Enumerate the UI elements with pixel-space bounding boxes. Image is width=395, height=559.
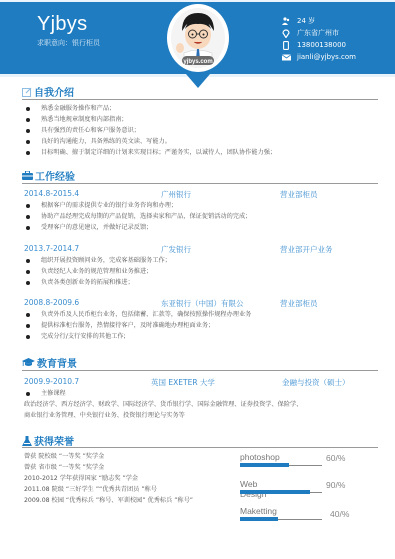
list-item: 负责各类创新业务的拓展和推进； — [26, 277, 171, 288]
list-item: 负责外币及人民币柜台业务，包括储蓄、汇款等，确保按照操作规程办理业务 — [26, 309, 251, 320]
section-title-work: 工作经验 — [22, 168, 75, 183]
email-icon — [280, 54, 292, 61]
person-icon — [280, 17, 292, 25]
location-pin-icon — [280, 29, 292, 38]
list-item: 熟悉金融服务操作和产品； — [26, 103, 276, 114]
avatar: yjbys.com — [167, 4, 229, 72]
list-item: 组织开展投资顾问业务，完成客基础服务工作； — [26, 255, 171, 266]
contact-age: 24 岁 — [280, 15, 356, 27]
job-header: 2013.7-2014.7 广发银行 营业部开户业务 — [24, 244, 364, 255]
flask-icon — [22, 436, 32, 446]
education-header: 2009.9-2010.7 英国 EXETER 大学 金融与投资（硕士） — [24, 377, 364, 388]
list-item: 完成分行/支行安排的其他工作; — [26, 331, 251, 342]
phone-icon — [280, 41, 292, 50]
job-duties: 负责外币及人民币柜台业务，包括储蓄、汇款等，确保按照操作规程办理业务 提供标准柜… — [26, 309, 251, 342]
candidate-name: Yjbys — [37, 13, 87, 36]
edit-icon — [22, 87, 32, 97]
list-item: 目标明确、擅于制定详细的计划来实现目标；严谨务实，以诚待人，团队协作能力强； — [26, 147, 276, 158]
avatar-pointer — [186, 74, 210, 88]
list-item: 良好的沟通能力，具备熟练的英文读、写能力。 — [26, 136, 276, 147]
job-intent: 求职意向：银行柜员 — [37, 38, 100, 48]
list-item: 熟悉当地规章制度和内部指南； — [26, 114, 276, 125]
section-rule — [22, 447, 378, 448]
graduation-cap-icon — [22, 358, 35, 367]
list-item: 受理客户的意见建议，并做好记录反馈； — [26, 222, 251, 233]
section-rule — [22, 370, 378, 371]
job-duties: 根据客户的需求提供专业的银行业务咨询和办理； 协助产品经理完成每期的产品促销，选… — [26, 200, 251, 233]
intro-list: 熟悉金融服务操作和产品； 熟悉当地规章制度和内部指南； 具有强烈的责任心和客户服… — [26, 103, 276, 158]
section-rule — [22, 183, 378, 184]
list-item: 负责经纪人业务的规范管理和业务推进； — [26, 266, 171, 277]
contact-location: 广东省广州市 — [280, 27, 356, 39]
list-item: 协助产品经理完成每期的产品促销，选择卖家和产品，保证促销活动的完成； — [26, 211, 251, 222]
awards-list: 曾获 院校级 “一等奖 ”奖学金 曾获 省市级 “一等奖 ”奖学金 2010-2… — [24, 451, 193, 506]
award-item: 曾获 院校级 “一等奖 ”奖学金 — [24, 451, 193, 462]
award-item: 2009.08 校园 “优秀标兵 ”称号、军训校园” 优秀标兵 ”称号” — [24, 495, 193, 506]
contact-email: jianli@yjbys.com — [280, 51, 356, 63]
job-header: 2014.8-2015.4 广州银行 营业部柜员 — [24, 189, 364, 200]
section-title-education: 教育背景 — [22, 355, 77, 370]
course-list: 政治经济学、西方经济学、财政学、国际经济学、货币银行学、国际金融管理、证券投资学… — [24, 399, 364, 421]
contact-phone: 13800138000 — [280, 39, 356, 51]
briefcase-icon — [22, 171, 33, 180]
cartoon-avatar-icon: yjbys.com — [170, 7, 226, 69]
skill-bar — [240, 463, 289, 467]
list-item: 主修课程 — [26, 388, 66, 399]
skill-bar — [240, 490, 310, 494]
list-item: 根据客户的需求提供专业的银行业务咨询和办理； — [26, 200, 251, 211]
award-item: 2011.08 院级 “三好学生 ”“优秀共青团员 ”称号 — [24, 484, 193, 495]
section-title-intro: 自我介绍 — [22, 84, 74, 99]
award-item: 曾获 省市级 “一等奖 ”奖学金 — [24, 462, 193, 473]
section-title-awards: 获得荣誉 — [22, 433, 74, 448]
job-duties: 组织开展投资顾问业务，完成客基础服务工作； 负责经纪人业务的规范管理和业务推进；… — [26, 255, 171, 288]
skill-bar — [240, 517, 278, 521]
award-item: 2010-2012 学年获得国家 “励志奖 ”学金 — [24, 473, 193, 484]
job-header: 2008.8-2009.6 东亚银行（中国）有限公 营业部柜员 — [24, 298, 364, 309]
contact-info: 24 岁 广东省广州市 13800138000 jianli@yjbys.com — [280, 15, 356, 63]
svg-text:yjbys.com: yjbys.com — [183, 59, 212, 65]
section-rule — [22, 99, 378, 100]
list-item: 提供标准柜台服务，热情接待客户，及时准确地办理柜面业务； — [26, 320, 251, 331]
education-list: 主修课程 — [26, 388, 66, 399]
list-item: 具有强烈的责任心和客户服务意识； — [26, 125, 276, 136]
